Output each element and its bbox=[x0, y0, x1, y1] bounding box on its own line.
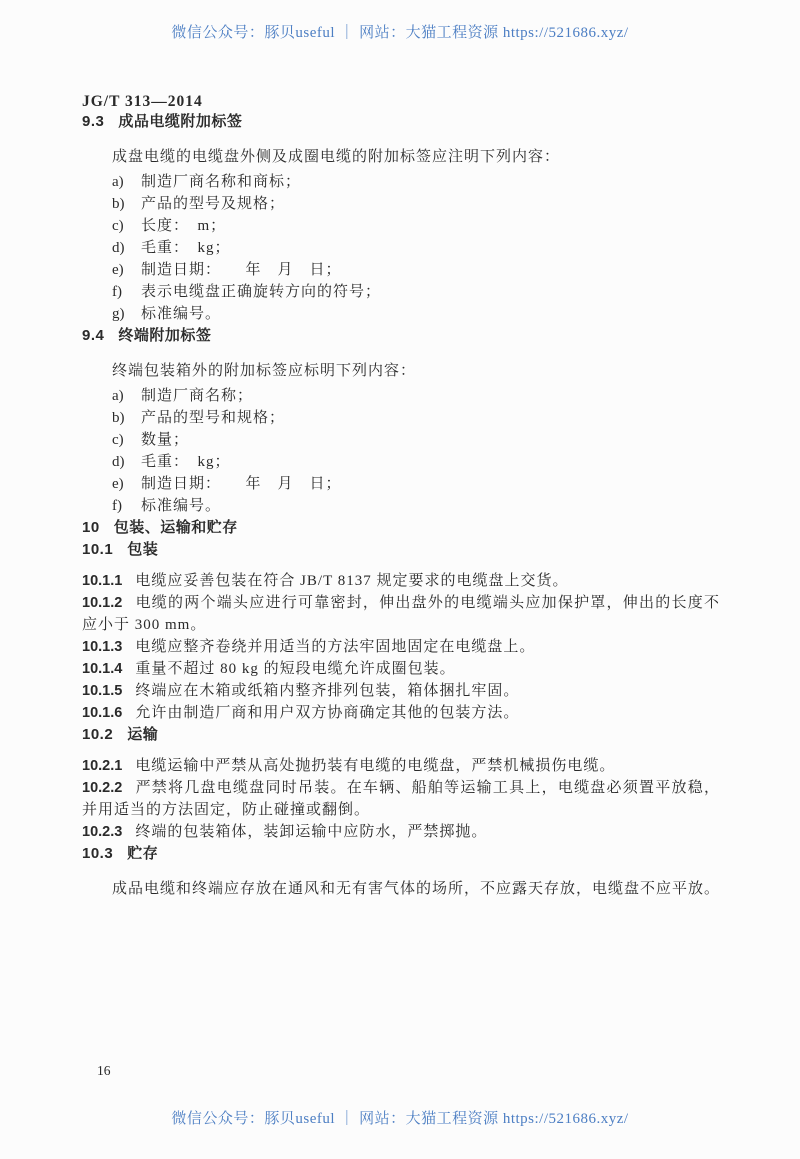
list-item-text: 产品的型号和规格； bbox=[141, 407, 285, 429]
list-item-text: 产品的型号及规格； bbox=[141, 193, 285, 215]
clause-number: 10.2.3 bbox=[82, 824, 122, 840]
list-item-marker: b) bbox=[112, 193, 141, 215]
promo-footer-note: 微信公众号：豚贝useful ｜ 网站：大猫工程资源 https://52168… bbox=[0, 1107, 800, 1128]
clause: 10.2.1电缆运输中严禁从高处抛扔装有电缆的电缆盘，严禁机械损伤电缆。 bbox=[82, 755, 720, 777]
lettered-list: a)制造厂商名称； b)产品的型号和规格； c)数量； d)毛重： kg； e)… bbox=[112, 385, 720, 517]
section-title: 贮存 bbox=[127, 845, 158, 862]
clause-number: 10.2.1 bbox=[82, 758, 122, 774]
standard-code: JG/T 313—2014 bbox=[82, 93, 720, 111]
list-item-text: 制造日期： 年 月 日； bbox=[141, 473, 342, 495]
section-number: 10.2 bbox=[82, 726, 113, 743]
list-item-text: 标准编号。 bbox=[141, 303, 221, 325]
clause: 10.2.3终端的包装箱体，装卸运输中应防水，严禁掷抛。 bbox=[82, 821, 720, 843]
clause-text: 允许由制造厂商和用户双方协商确定其他的包装方法。 bbox=[135, 705, 519, 721]
clause-text: 严禁将几盘电缆盘同时吊装。在车辆、船舶等运输工具上，电缆盘必须置平放稳，并用适当… bbox=[82, 780, 720, 818]
clause-number: 10.1.4 bbox=[82, 661, 122, 677]
list-item-marker: a) bbox=[112, 171, 141, 193]
list-item: d)毛重： kg； bbox=[112, 451, 720, 473]
list-item-text: 毛重： kg； bbox=[141, 451, 231, 473]
clause-text: 电缆应整齐卷绕并用适当的方法牢固地固定在电缆盘上。 bbox=[135, 639, 535, 655]
list-item: d)毛重： kg； bbox=[112, 237, 720, 259]
clause-text: 终端的包装箱体，装卸运输中应防水，严禁掷抛。 bbox=[135, 824, 487, 840]
section-title: 终端附加标签 bbox=[118, 327, 211, 344]
section-number: 10.3 bbox=[82, 845, 113, 862]
section-title: 包装 bbox=[127, 541, 158, 558]
clause-number: 10.1.6 bbox=[82, 705, 122, 721]
clause-text: 电缆运输中严禁从高处抛扔装有电缆的电缆盘，严禁机械损伤电缆。 bbox=[135, 758, 615, 774]
list-item-marker: d) bbox=[112, 237, 141, 259]
section-title: 成品电缆附加标签 bbox=[118, 113, 242, 130]
section-heading-9-4: 9.4终端附加标签 bbox=[82, 325, 720, 347]
list-item-marker: e) bbox=[112, 259, 141, 281]
storage-paragraph: 成品电缆和终端应存放在通风和无有害气体的场所，不应露天存放，电缆盘不应平放。 bbox=[82, 878, 720, 900]
promo-header-note: 微信公众号：豚贝useful ｜ 网站：大猫工程资源 https://52168… bbox=[0, 0, 800, 42]
section-heading-10-3: 10.3贮存 bbox=[82, 843, 720, 865]
list-item-marker: f) bbox=[112, 281, 141, 303]
list-item-text: 表示电缆盘正确旋转方向的符号； bbox=[141, 281, 381, 303]
list-item-marker: c) bbox=[112, 215, 141, 237]
list-item: a)制造厂商名称和商标； bbox=[112, 171, 720, 193]
list-item-marker: f) bbox=[112, 495, 141, 517]
clause-text: 重量不超过 80 kg 的短段电缆允许成圈包装。 bbox=[135, 661, 455, 677]
clause-text: 终端应在木箱或纸箱内整齐排列包装，箱体捆扎牢固。 bbox=[135, 683, 519, 699]
section-number: 9.4 bbox=[82, 327, 104, 344]
chapter-number: 10 bbox=[82, 519, 100, 536]
list-item: f)表示电缆盘正确旋转方向的符号； bbox=[112, 281, 720, 303]
clause: 10.2.2严禁将几盘电缆盘同时吊装。在车辆、船舶等运输工具上，电缆盘必须置平放… bbox=[82, 777, 720, 821]
list-item-text: 毛重： kg； bbox=[141, 237, 231, 259]
section-intro-paragraph: 成盘电缆的电缆盘外侧及成圈电缆的附加标签应注明下列内容： bbox=[82, 146, 720, 168]
list-item-text: 制造厂商名称； bbox=[141, 385, 253, 407]
lettered-list: a)制造厂商名称和商标； b)产品的型号及规格； c)长度： m； d)毛重： … bbox=[112, 171, 720, 325]
list-item: c)数量； bbox=[112, 429, 720, 451]
clause: 10.1.6允许由制造厂商和用户双方协商确定其他的包装方法。 bbox=[82, 702, 720, 724]
clause-group: 10.1.1电缆应妥善包装在符合 JB/T 8137 规定要求的电缆盘上交货。 … bbox=[82, 570, 720, 724]
list-item-marker: c) bbox=[112, 429, 141, 451]
section-heading-9-3: 9.3成品电缆附加标签 bbox=[82, 111, 720, 133]
chapter-title: 包装、运输和贮存 bbox=[114, 519, 238, 536]
section-heading-10-2: 10.2运输 bbox=[82, 724, 720, 746]
clause-number: 10.1.3 bbox=[82, 639, 122, 655]
list-item-marker: a) bbox=[112, 385, 141, 407]
section-heading-10-1: 10.1包装 bbox=[82, 539, 720, 561]
clause: 10.1.3电缆应整齐卷绕并用适当的方法牢固地固定在电缆盘上。 bbox=[82, 636, 720, 658]
list-item: a)制造厂商名称； bbox=[112, 385, 720, 407]
list-item: c)长度： m； bbox=[112, 215, 720, 237]
list-item: e)制造日期： 年 月 日； bbox=[112, 473, 720, 495]
list-item-marker: e) bbox=[112, 473, 141, 495]
clause-number: 10.1.1 bbox=[82, 573, 122, 589]
list-item: e)制造日期： 年 月 日； bbox=[112, 259, 720, 281]
list-item: b)产品的型号及规格； bbox=[112, 193, 720, 215]
section-number: 9.3 bbox=[82, 113, 104, 130]
clause-text: 电缆应妥善包装在符合 JB/T 8137 规定要求的电缆盘上交货。 bbox=[135, 573, 568, 589]
list-item-text: 制造厂商名称和商标； bbox=[141, 171, 301, 193]
clause-number: 10.2.2 bbox=[82, 780, 122, 796]
list-item-text: 数量； bbox=[141, 429, 189, 451]
clause: 10.1.5终端应在木箱或纸箱内整齐排列包装，箱体捆扎牢固。 bbox=[82, 680, 720, 702]
list-item-text: 标准编号。 bbox=[141, 495, 221, 517]
page-number: 16 bbox=[97, 1063, 111, 1079]
section-intro-paragraph: 终端包装箱外的附加标签应标明下列内容： bbox=[82, 360, 720, 382]
list-item: g)标准编号。 bbox=[112, 303, 720, 325]
clause-text: 电缆的两个端头应进行可靠密封，伸出盘外的电缆端头应加保护罩，伸出的长度不应小于 … bbox=[82, 595, 720, 633]
clause: 10.1.4重量不超过 80 kg 的短段电缆允许成圈包装。 bbox=[82, 658, 720, 680]
list-item: b)产品的型号和规格； bbox=[112, 407, 720, 429]
list-item: f)标准编号。 bbox=[112, 495, 720, 517]
clause-number: 10.1.2 bbox=[82, 595, 122, 611]
list-item-text: 制造日期： 年 月 日； bbox=[141, 259, 342, 281]
chapter-heading-10: 10包装、运输和贮存 bbox=[82, 517, 720, 539]
list-item-text: 长度： m； bbox=[141, 215, 226, 237]
list-item-marker: d) bbox=[112, 451, 141, 473]
clause: 10.1.2电缆的两个端头应进行可靠密封，伸出盘外的电缆端头应加保护罩，伸出的长… bbox=[82, 592, 720, 636]
document-page: JG/T 313—2014 9.3成品电缆附加标签 成盘电缆的电缆盘外侧及成圈电… bbox=[0, 93, 800, 900]
list-item-marker: g) bbox=[112, 303, 141, 325]
section-number: 10.1 bbox=[82, 541, 113, 558]
section-title: 运输 bbox=[127, 726, 158, 743]
clause-number: 10.1.5 bbox=[82, 683, 122, 699]
clause-group: 10.2.1电缆运输中严禁从高处抛扔装有电缆的电缆盘，严禁机械损伤电缆。 10.… bbox=[82, 755, 720, 843]
list-item-marker: b) bbox=[112, 407, 141, 429]
clause: 10.1.1电缆应妥善包装在符合 JB/T 8137 规定要求的电缆盘上交货。 bbox=[82, 570, 720, 592]
